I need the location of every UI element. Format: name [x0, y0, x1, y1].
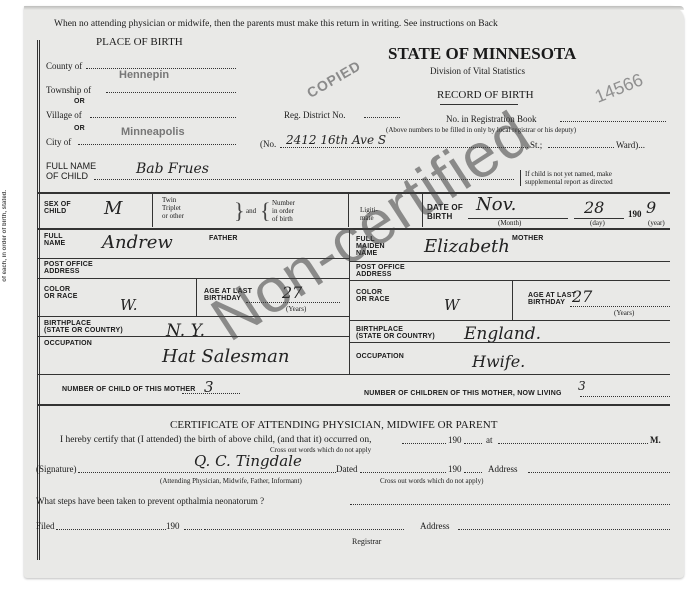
filed-year-line [184, 529, 202, 530]
opthalmia-answer-line [350, 504, 670, 505]
day-caption: (day) [590, 219, 605, 227]
mother-color-value: W [444, 296, 459, 314]
father-color-label: COLOR OR RACE [44, 286, 78, 300]
township-field-line [106, 92, 236, 93]
row-rule [349, 280, 670, 281]
division-title: Division of Vital Statistics [430, 66, 525, 76]
county-value: Hennepin [119, 69, 169, 81]
certify-text: I hereby certify that (I attended) the b… [60, 435, 372, 445]
child-name-value: Bab Frues [136, 161, 209, 177]
mother-occupation-value: Hwife. [472, 352, 525, 371]
mother-name-value: Elizabeth [424, 236, 510, 257]
address-prefix: (No. [260, 139, 276, 149]
occurred-year-prefix: 190 [448, 435, 462, 445]
father-birthplace-value: N. Y. [166, 321, 205, 341]
father-name-value: Andrew [102, 232, 173, 253]
children-living-line [580, 396, 670, 397]
attending-caption-note: Cross out words which do not apply) [380, 477, 483, 485]
signature-line [78, 472, 336, 473]
or-separator-1: OR [74, 98, 85, 105]
attending-caption: (Attending Physician, Midwife, Father, I… [160, 477, 302, 485]
opthalmia-question: What steps have been taken to prevent op… [36, 496, 264, 506]
mother-color-label: COLOR OR RACE [356, 289, 390, 303]
brace-left: } [234, 198, 245, 224]
at-label: at [486, 435, 493, 445]
city-label: City of [46, 137, 71, 147]
mother-age-line [570, 306, 670, 307]
row-rule [38, 316, 349, 317]
row-rule [349, 320, 670, 321]
father-name-label: FULL NAME [44, 233, 65, 247]
row-rule [38, 336, 349, 337]
and-label: and [246, 207, 256, 215]
row-rule [38, 374, 670, 375]
section-rule-certificate [38, 404, 670, 406]
father-po-label: POST OFFICE ADDRESS [44, 261, 93, 275]
signature-label: (Signature) [36, 464, 77, 474]
signature-value: Q. C. Tingdale [194, 452, 302, 470]
place-of-birth-title: PLACE OF BIRTH [96, 36, 183, 48]
header-instruction: When no attending physician or midwife, … [54, 19, 498, 29]
filed-address-label: Address [420, 521, 450, 531]
row-rule [349, 261, 670, 262]
filed-label: Filed [36, 521, 55, 531]
city-field-line [78, 144, 236, 145]
children-living-value: 3 [578, 379, 586, 393]
birth-year-prefix: 190 [628, 209, 642, 219]
ward-field-line [548, 147, 614, 148]
father-occupation-label: OCCUPATION [44, 340, 92, 347]
birth-record-document: When no attending physician or midwife, … [24, 6, 684, 578]
reg-district-label: Reg. District No. [284, 110, 346, 120]
registration-book-field-line [560, 121, 666, 122]
signature-address-label: Address [488, 464, 518, 474]
father-color-value: W. [120, 296, 138, 314]
county-label: County of [46, 61, 82, 71]
dated-label: Dated [336, 464, 358, 474]
m-label: M. [650, 435, 661, 445]
row-divider [152, 193, 153, 227]
row-divider [512, 280, 513, 320]
twin-label: Twin Triplet or other [162, 196, 184, 220]
filed-date-line [56, 529, 166, 530]
children-living-label: NUMBER OF CHILDREN OF THIS MOTHER, NOW L… [364, 390, 562, 397]
mother-birthplace-label: BIRTHPLACE (STATE OR COUNTRY) [356, 326, 435, 340]
city-value: Minneapolis [121, 126, 185, 138]
father-birthplace-label: BIRTHPLACE (STATE OR COUNTRY) [44, 320, 123, 334]
signature-address-line [528, 472, 670, 473]
child-number-value: 3 [204, 378, 214, 396]
birth-year-value: 9 [646, 198, 656, 217]
dated-line [360, 472, 446, 473]
month-caption: (Month) [498, 219, 521, 227]
ward-label: Ward)... [616, 140, 645, 150]
or-separator-2: OR [74, 125, 85, 132]
occurred-date-line [402, 443, 446, 444]
father-section-label: FATHER [209, 235, 238, 242]
filed-address-line [458, 529, 670, 530]
dated-year-line [464, 472, 482, 473]
order-of-birth-label: Number in order of birth [272, 199, 295, 223]
sex-value: M [104, 198, 122, 219]
certificate-title: CERTIFICATE OF ATTENDING PHYSICIAN, MIDW… [170, 419, 497, 431]
row-rule [349, 342, 670, 343]
mother-section-label: MOTHER [512, 235, 544, 242]
village-label: Village of [46, 110, 82, 120]
dated-year-prefix: 190 [448, 464, 462, 474]
record-number-stamp: 14566 [592, 69, 646, 107]
margin-note: of each, in order of birth, stated. [2, 190, 8, 282]
registrar-signature-line [204, 529, 404, 530]
address-value: 2412 16th Ave S [286, 133, 386, 147]
child-name-label: FULL NAME OF CHILD [46, 161, 96, 181]
copied-stamp: COPIED [304, 57, 364, 101]
brace-right: { [260, 198, 271, 224]
sex-label: SEX OF CHILD [44, 201, 71, 215]
occurred-year-line [464, 443, 482, 444]
reg-district-field-line [364, 117, 400, 118]
time-line [498, 443, 648, 444]
filed-year-prefix: 190 [166, 521, 180, 531]
village-field-line [90, 117, 236, 118]
row-divider [196, 278, 197, 316]
birth-month-value: Nov. [476, 194, 516, 215]
record-title: RECORD OF BIRTH [437, 89, 534, 101]
section-rule-top [38, 192, 670, 194]
mother-occupation-label: OCCUPATION [356, 353, 404, 360]
left-border-rule [37, 40, 40, 560]
registrar-label: Registrar [352, 537, 381, 546]
birth-day-value: 28 [584, 198, 604, 217]
mother-birthplace-value: England. [464, 324, 541, 344]
state-title: STATE OF MINNESOTA [388, 44, 576, 64]
child-number-label: NUMBER OF CHILD OF THIS MOTHER [62, 386, 196, 393]
mother-age-label: AGE AT LAST BIRTHDAY [528, 292, 576, 306]
mother-age-value: 27 [572, 287, 592, 306]
child-name-note: If child is not yet named, make suppleme… [520, 170, 613, 186]
mother-years-caption: (Years) [614, 309, 634, 317]
father-occupation-value: Hat Salesman [162, 346, 290, 367]
year-caption: (year) [648, 219, 665, 227]
township-label: Township of [46, 85, 91, 95]
